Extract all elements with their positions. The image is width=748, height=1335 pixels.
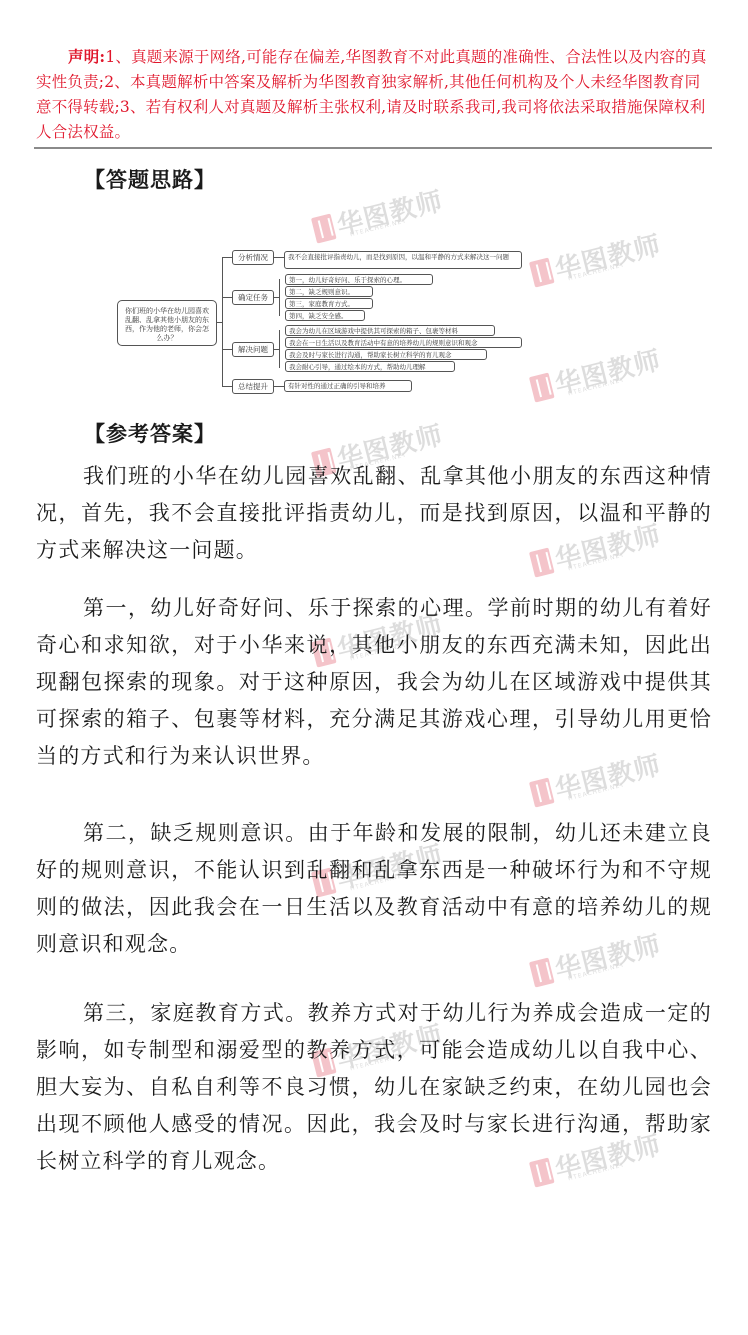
connector [279,279,280,316]
leaf: 第四，缺乏安全感。 [285,310,365,321]
disclaimer: 声明:1、真题来源于网络,可能存在偏差,华图教育不对此真题的准确性、合法性以及内… [36,44,712,145]
disclaimer-text: 1、真题来源于网络,可能存在偏差,华图教育不对此真题的准确性、合法性以及内容的真… [36,48,707,141]
watermark: 华图教师HTEACHER.NET [527,340,664,408]
leaf: 第三，家庭教育方式。 [285,298,373,309]
branch-analyze: 分析情况 [232,250,274,265]
watermark: 华图教师HTEACHER.NET [527,225,664,293]
connector [222,257,232,258]
divider [34,147,712,149]
leaf: 我会及时与家长进行沟通，帮助家长树立科学的育儿观念 [285,349,487,360]
connector [279,330,280,368]
leaf: 第一，幼儿好奇好问、乐于探索的心理。 [285,274,433,285]
answer-paragraph: 第一，幼儿好奇好问、乐于探索的心理。学前时期的幼儿有着好奇心和求知欲，对于小华来… [36,590,712,775]
watermark: 华图教师HTEACHER.NET [309,181,446,249]
leaf: 我会为幼儿在区域游戏中提供其可探索的箱子、包裹等材料 [285,325,495,336]
answer-paragraph: 我们班的小华在幼儿园喜欢乱翻、乱拿其他小朋友的东西这种情况，首先，我不会直接批评… [36,458,712,569]
connector [222,349,232,350]
answer-paragraph: 第二，缺乏规则意识。由于年龄和发展的限制，幼儿还未建立良好的规则意识，不能认识到… [36,815,712,963]
leaf: 我会在一日生活以及教育活动中有意的培养幼儿的规则意识和观念 [285,337,522,348]
connector [222,297,232,298]
connector [222,386,232,387]
huatu-logo-icon [529,372,555,402]
leaf: 我会耐心引导，通过绘本的方式，帮助幼儿理解 [285,361,455,372]
answer-paragraph: 第三，家庭教育方式。教养方式对于幼儿行为养成会造成一定的影响，如专制型和溺爱型的… [36,995,712,1180]
branch-solve: 解决问题 [232,342,274,357]
connector [222,257,223,387]
branch-summary: 总结提升 [232,379,274,394]
connector [274,257,284,258]
leaf: 第二，缺乏规则意识。 [285,286,373,297]
thinking-title: 【答题思路】 [84,164,216,194]
leaf: 我不会直接批评指责幼儿，而是找到原因，以温和平静的方式来解决这一问题 [284,251,522,269]
connector [274,386,284,387]
branch-task: 确定任务 [232,290,274,305]
huatu-logo-icon [529,257,555,287]
answer-title: 【参考答案】 [84,418,216,448]
huatu-logo-icon [311,213,337,243]
disclaimer-label: 声明: [68,47,105,66]
huatu-logo-icon [529,777,555,807]
leaf: 有针对性的通过正确的引导和培养 [284,380,412,392]
mindmap-root: 你们班的小华在幼儿园喜欢乱翻、乱拿其他小朋友的东西，作为他的老师，你会怎么办？ [117,300,217,346]
